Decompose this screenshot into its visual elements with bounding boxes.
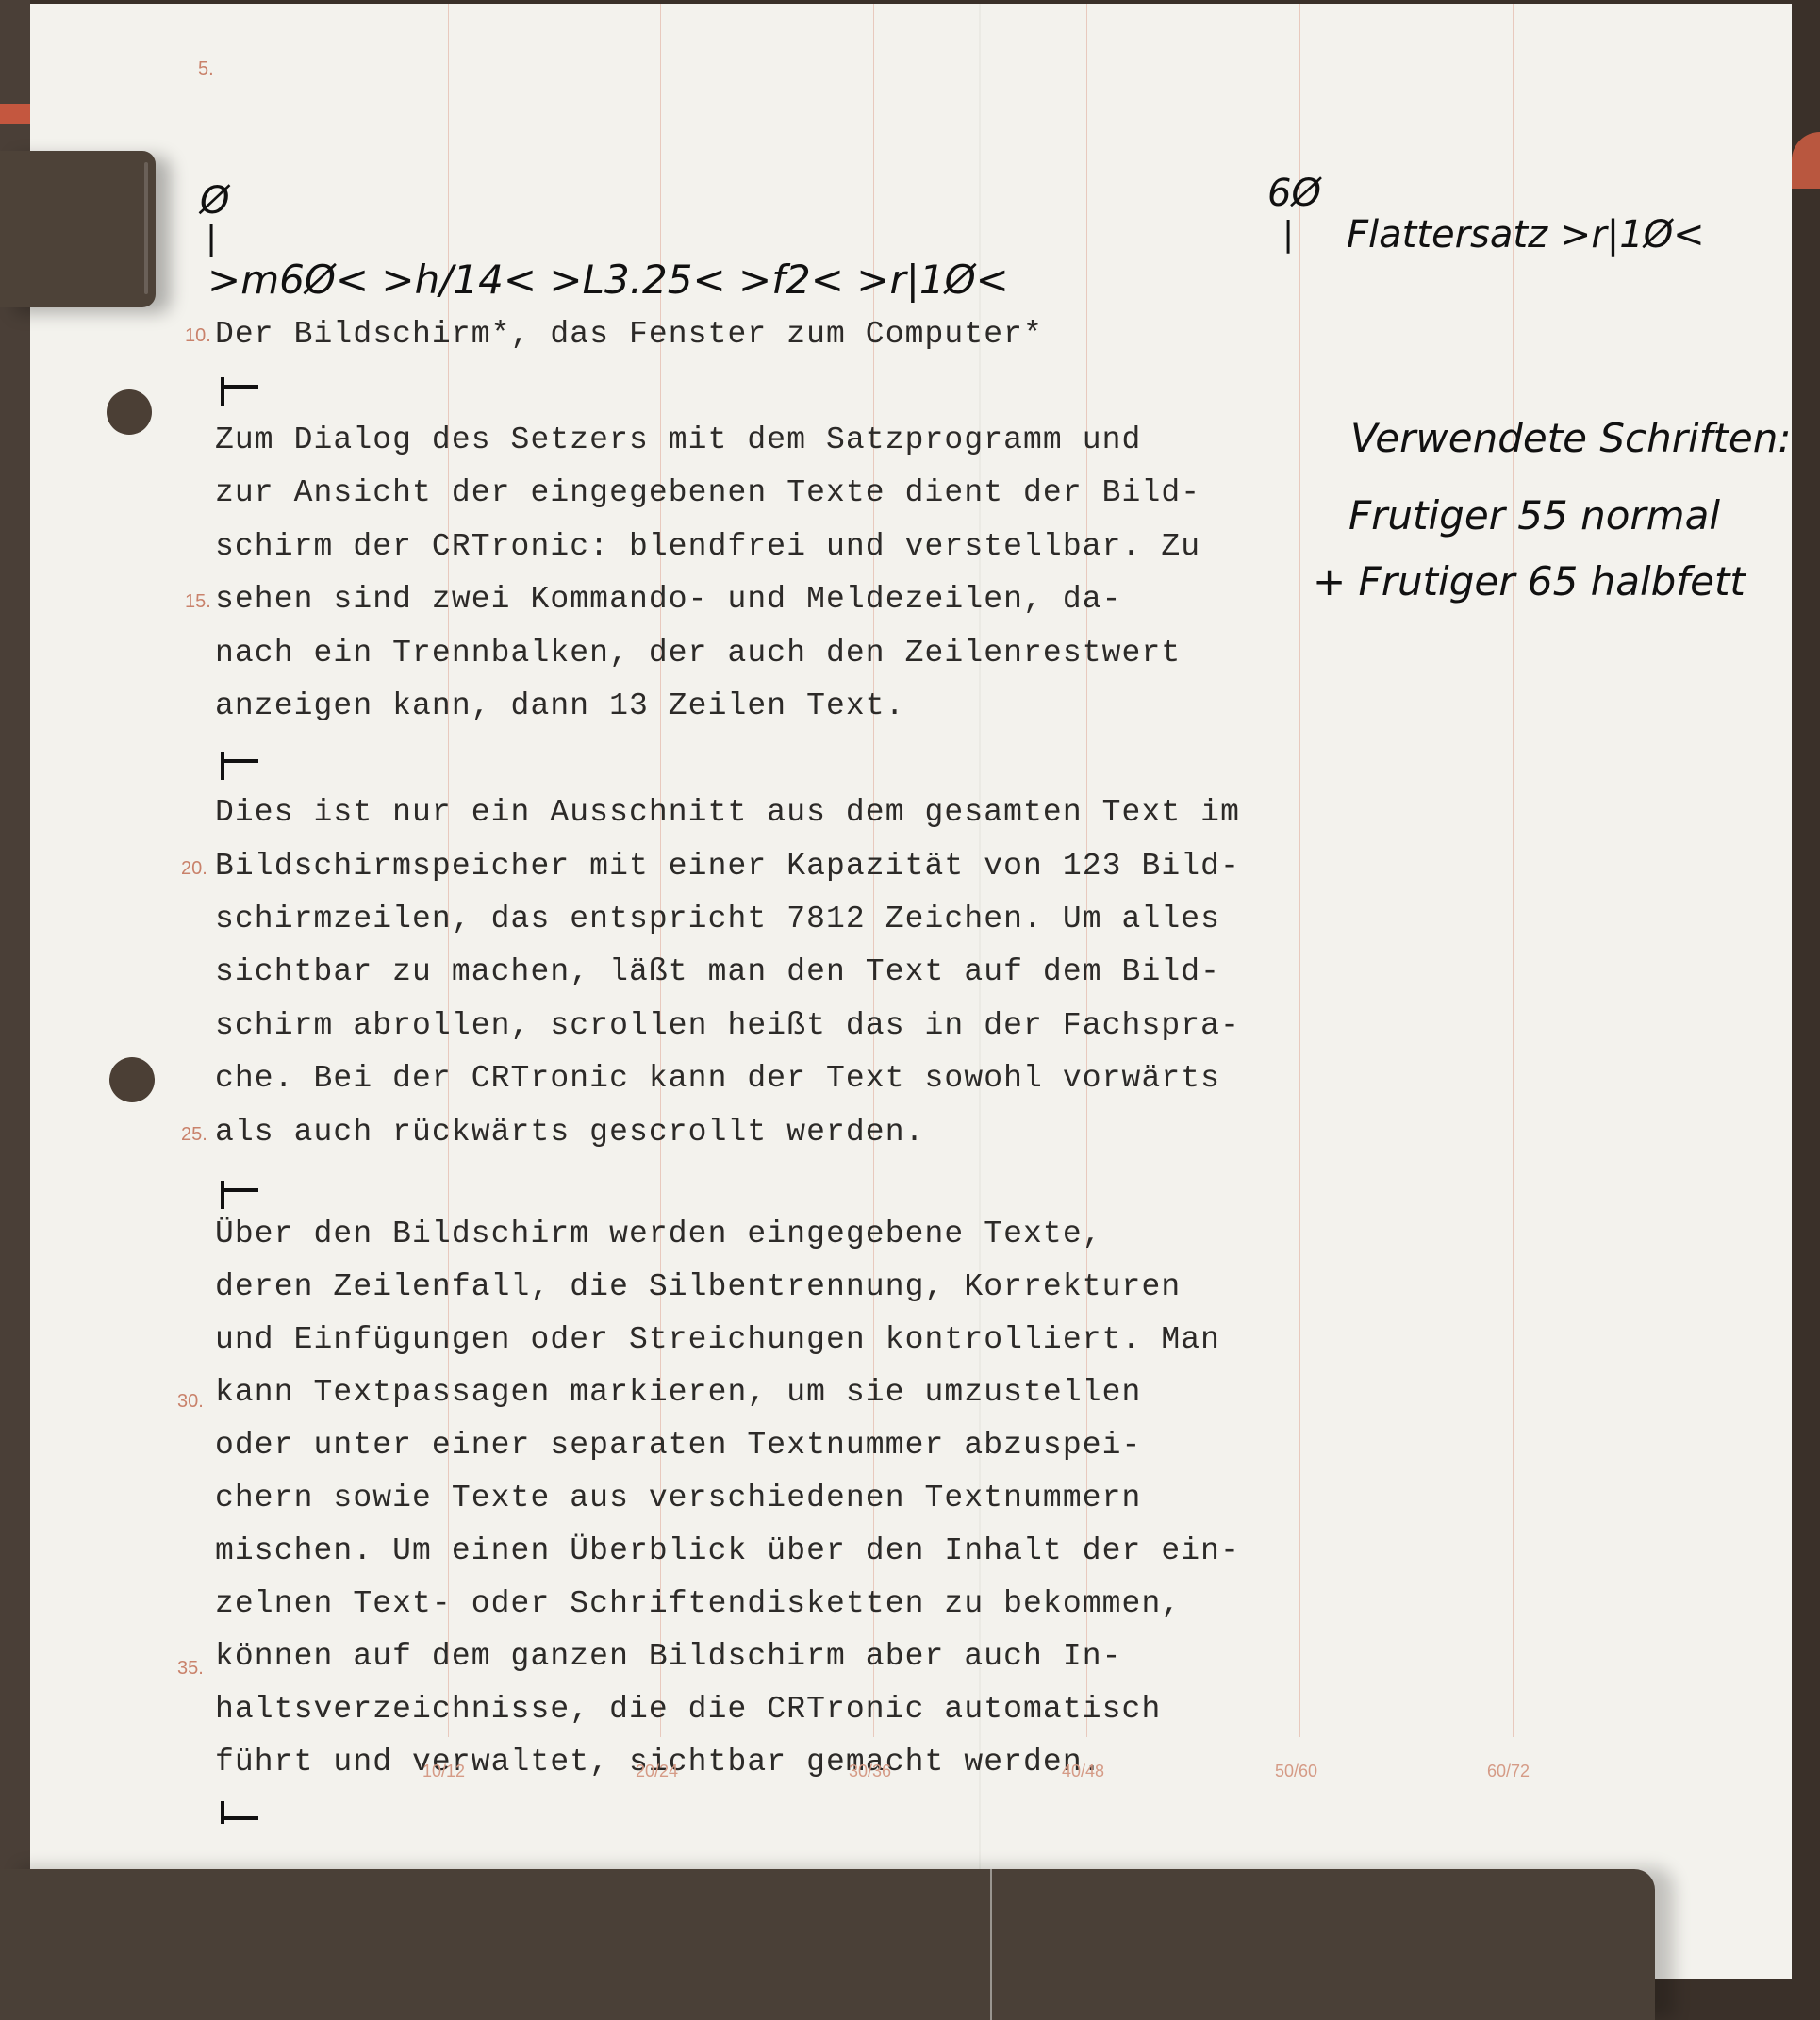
document-title: Der Bildschirm*, das Fenster zum Compute… <box>215 317 1043 352</box>
para-1-line-1: Zum Dialog des Setzers mit dem Satzprogr… <box>215 422 1141 457</box>
para-3-line-2: deren Zeilenfall, die Silbentrennung, Ko… <box>215 1269 1181 1304</box>
column-guide-line <box>1513 4 1514 1737</box>
para-2-line-1: Dies ist nur ein Ausschnitt aus dem gesa… <box>215 795 1240 830</box>
line-number-25: 25. <box>181 1124 207 1146</box>
line-number-30: 30. <box>177 1391 204 1413</box>
para-3-line-5: oder unter einer separaten Textnummer ab… <box>215 1428 1141 1463</box>
para-3-line-1: Über den Bildschirm werden eingegebene T… <box>215 1217 1102 1251</box>
end-marker-icon <box>219 1801 262 1830</box>
punch-hole <box>109 1057 155 1102</box>
line-number-10: 10. <box>185 325 211 347</box>
para-3-line-9: können auf dem ganzen Bildschirm aber au… <box>215 1639 1122 1674</box>
line-number-15: 15. <box>185 591 211 613</box>
ruler-label: 20/24 <box>636 1762 678 1781</box>
handwritten-font-1: Frutiger 55 normal <box>1348 492 1720 538</box>
para-3-line-10: haltsverzeichnisse, die die CRTronic aut… <box>215 1692 1161 1727</box>
para-2-line-4: sichtbar zu machen, läßt man den Text au… <box>215 954 1220 989</box>
ruler-label: 30/36 <box>849 1762 891 1781</box>
para-2-line-2: Bildschirmspeicher mit einer Kapazität v… <box>215 849 1240 884</box>
para-3-line-3: und Einfügungen oder Streichungen kontro… <box>215 1322 1220 1357</box>
ruler-label: 50/60 <box>1275 1762 1317 1781</box>
para-1-line-3: schirm der CRTronic: blendfrei und verst… <box>215 529 1200 564</box>
handwritten-flattersatz: Flattersatz >r|1Ø< <box>1347 213 1705 257</box>
handwritten-font-2: + Frutiger 65 halbfett <box>1313 558 1746 604</box>
punch-hole <box>107 389 152 435</box>
ruler-label: 40/48 <box>1062 1762 1104 1781</box>
para-2-line-3: schirmzeilen, das entspricht 7812 Zeiche… <box>215 902 1220 936</box>
para-1-line-4: sehen sind zwei Kommando- und Meldezeile… <box>215 582 1122 617</box>
binder-clip-top <box>0 151 156 307</box>
para-1-line-5: nach ein Trennbalken, der auch den Zeile… <box>215 636 1181 671</box>
para-1-line-2: zur Ansicht der eingegebenen Texte dient… <box>215 475 1200 510</box>
paragraph-marker-icon <box>219 377 262 406</box>
column-guide-line <box>1299 4 1300 1737</box>
handwritten-zero-left: Ø <box>200 179 229 223</box>
line-number-35: 35. <box>177 1658 204 1680</box>
handwritten-commands: >m6Ø< >h/14< >L3.25< >f2< >r|1Ø< <box>207 257 1009 303</box>
para-1-line-6: anzeigen kann, dann 13 Zeilen Text. <box>215 688 905 723</box>
binder-red-stripe <box>0 104 30 124</box>
para-3-line-7: mischen. Um einen Überblick über den Inh… <box>215 1533 1240 1568</box>
binder-clip-seam <box>990 1869 992 2020</box>
binder-right-red-arc <box>1792 132 1820 189</box>
handwritten-tick-left: | <box>206 219 217 257</box>
line-number-20: 20. <box>181 858 207 880</box>
para-3-line-6: chern sowie Texte aus verschiedenen Text… <box>215 1481 1141 1515</box>
para-2-line-7: als auch rückwärts gescrollt werden. <box>215 1115 925 1150</box>
handwritten-sixty: 6Ø <box>1267 172 1321 215</box>
handwritten-tick-right: | <box>1282 215 1294 254</box>
paragraph-marker-icon <box>219 752 262 780</box>
paragraph-marker-icon <box>219 1181 262 1209</box>
para-2-line-6: che. Bei der CRTronic kann der Text sowo… <box>215 1061 1220 1096</box>
para-3-line-4: kann Textpassagen markieren, um sie umzu… <box>215 1375 1141 1410</box>
ruler-label: 10/12 <box>422 1762 465 1781</box>
handwritten-fonts-heading: Verwendete Schriften: <box>1350 415 1792 461</box>
ruler-label: 60/72 <box>1487 1762 1530 1781</box>
para-2-line-5: schirm abrollen, scrollen heißt das in d… <box>215 1008 1240 1043</box>
line-number-5: 5. <box>198 58 214 80</box>
para-3-line-8: zelnen Text- oder Schriftendisketten zu … <box>215 1586 1181 1621</box>
binder-clip-bottom <box>0 1869 1655 2020</box>
